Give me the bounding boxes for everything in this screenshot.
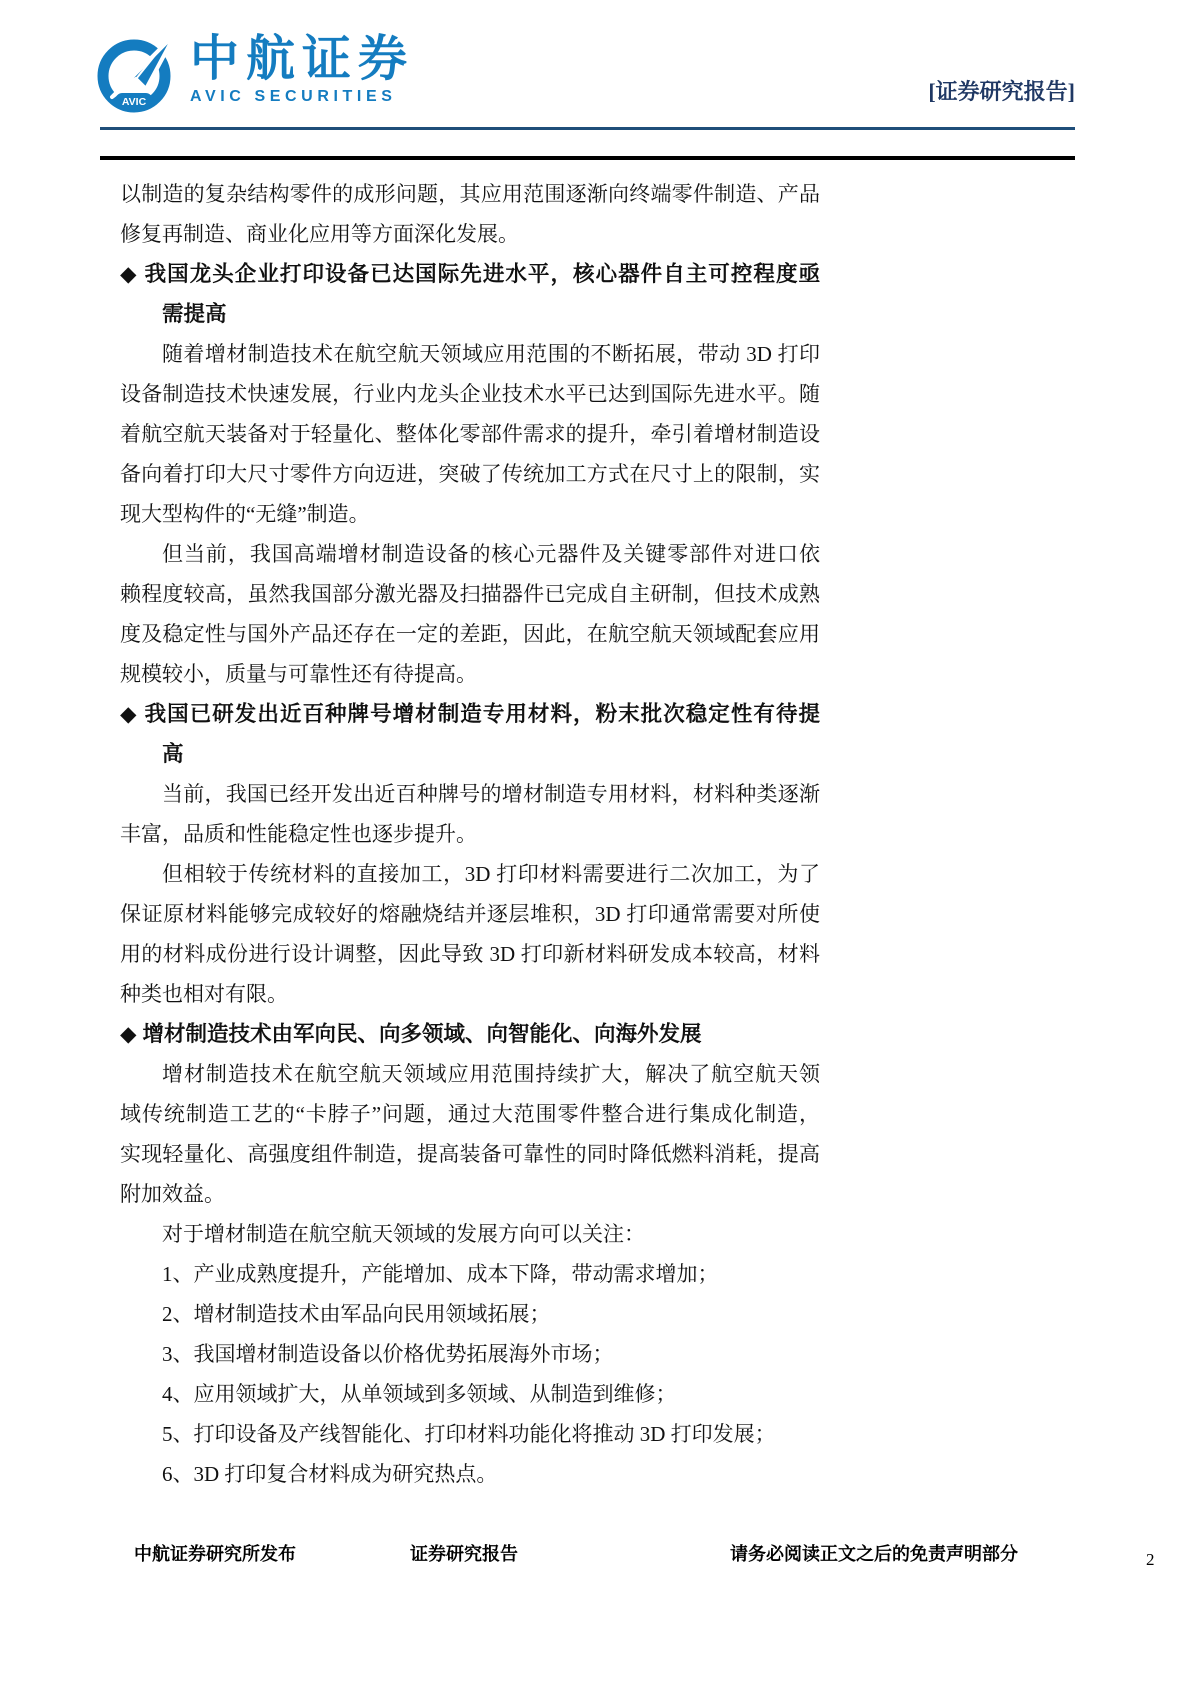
body-line: 赖程度较高，虽然我国部分激光器及扫描器件已完成自主研制，但技术成熟 — [120, 574, 820, 614]
body-line: 当前，我国已经开发出近百种牌号的增材制造专用材料，材料种类逐渐 — [120, 774, 820, 814]
page-number: 2 — [1146, 1550, 1155, 1570]
body-line: 修复再制造、商业化应用等方面深化发展。 — [120, 214, 820, 254]
body-line: 度及稳定性与国外产品还存在一定的差距，因此，在航空航天领域配套应用 — [120, 614, 820, 654]
body-line: 随着增材制造技术在航空航天领域应用范围的不断拓展，带动 3D 打印 — [120, 334, 820, 374]
body-heading-line: 需提高 — [120, 294, 820, 334]
body-heading-line: ◆ 增材制造技术由军向民、向多领域、向智能化、向海外发展 — [120, 1014, 820, 1054]
body-heading-line: ◆ 我国龙头企业打印设备已达国际先进水平，核心器件自主可控程度亟 — [120, 254, 820, 294]
body-line: 种类也相对有限。 — [120, 974, 820, 1014]
body-line: 域传统制造工艺的“卡脖子”问题，通过大范围零件整合进行集成化制造， — [120, 1094, 820, 1134]
report-body: 以制造的复杂结构零件的成形问题，其应用范围逐渐向终端零件制造、产品修复再制造、商… — [120, 174, 820, 1494]
body-line: 6、3D 打印复合材料成为研究热点。 — [120, 1454, 820, 1494]
brand-text: 中航证券 AVIC SECURITIES — [190, 27, 414, 107]
body-line: 用的材料成份进行设计调整，因此导致 3D 打印新材料研发成本较高，材料 — [120, 934, 820, 974]
body-heading-line: 高 — [120, 734, 820, 774]
brand-name-en: AVIC SECURITIES — [190, 87, 414, 107]
body-line: 以制造的复杂结构零件的成形问题，其应用范围逐渐向终端零件制造、产品 — [120, 174, 820, 214]
footer-disclaimer-note: 请务必阅读正文之后的免责声明部分 — [730, 1543, 1018, 1565]
body-heading-line: ◆ 我国已研发出近百种牌号增材制造专用材料，粉末批次稳定性有待提 — [120, 694, 820, 734]
body-line: 保证原材料能够完成较好的熔融烧结并逐层堆积，3D 打印通常需要对所使 — [120, 894, 820, 934]
body-line: 但当前，我国高端增材制造设备的核心元器件及关键零部件对进口依 — [120, 534, 820, 574]
avic-logo: AVIC 中航证券 AVIC SECURITIES — [96, 27, 414, 115]
body-line: 但相较于传统材料的直接加工，3D 打印材料需要进行二次加工，为了 — [120, 854, 820, 894]
body-line: 4、应用领域扩大，从单领域到多领域、从制造到维修； — [120, 1374, 820, 1414]
body-line: 备向着打印大尺寸零件方向迈进，突破了传统加工方式在尺寸上的限制，实 — [120, 454, 820, 494]
body-line: 规模较小，质量与可靠性还有待提高。 — [120, 654, 820, 694]
svg-text:AVIC: AVIC — [122, 96, 147, 108]
body-line: 丰富，品质和性能稳定性也逐步提升。 — [120, 814, 820, 854]
report-tag: [证券研究报告] — [928, 79, 1075, 105]
header-rule-blue — [100, 127, 1075, 130]
avic-logo-icon: AVIC — [96, 27, 182, 115]
body-line: 1、产业成熟度提升，产能增加、成本下降，带动需求增加； — [120, 1254, 820, 1294]
body-line: 3、我国增材制造设备以价格优势拓展海外市场； — [120, 1334, 820, 1374]
body-line: 附加效益。 — [120, 1174, 820, 1214]
body-line: 设备制造技术快速发展，行业内龙头企业技术水平已达到国际先进水平。随 — [120, 374, 820, 414]
body-line: 现大型构件的“无缝”制造。 — [120, 494, 820, 534]
footer-publisher: 中航证券研究所发布 — [134, 1543, 296, 1565]
body-line: 着航空航天装备对于轻量化、整体化零部件需求的提升，牵引着增材制造设 — [120, 414, 820, 454]
body-line: 实现轻量化、高强度组件制造，提高装备可靠性的同时降低燃料消耗，提高 — [120, 1134, 820, 1174]
footer-report-type: 证券研究报告 — [410, 1543, 518, 1565]
brand-name-cn: 中航证券 — [190, 31, 414, 87]
report-page: AVIC 中航证券 AVIC SECURITIES [证券研究报告] 以制造的复… — [0, 0, 1190, 1683]
body-line: 5、打印设备及产线智能化、打印材料功能化将推动 3D 打印发展； — [120, 1414, 820, 1454]
content-rule-black — [100, 156, 1075, 160]
body-line: 对于增材制造在航空航天领域的发展方向可以关注： — [120, 1214, 820, 1254]
body-line: 增材制造技术在航空航天领域应用范围持续扩大，解决了航空航天领 — [120, 1054, 820, 1094]
body-line: 2、增材制造技术由军品向民用领域拓展； — [120, 1294, 820, 1334]
